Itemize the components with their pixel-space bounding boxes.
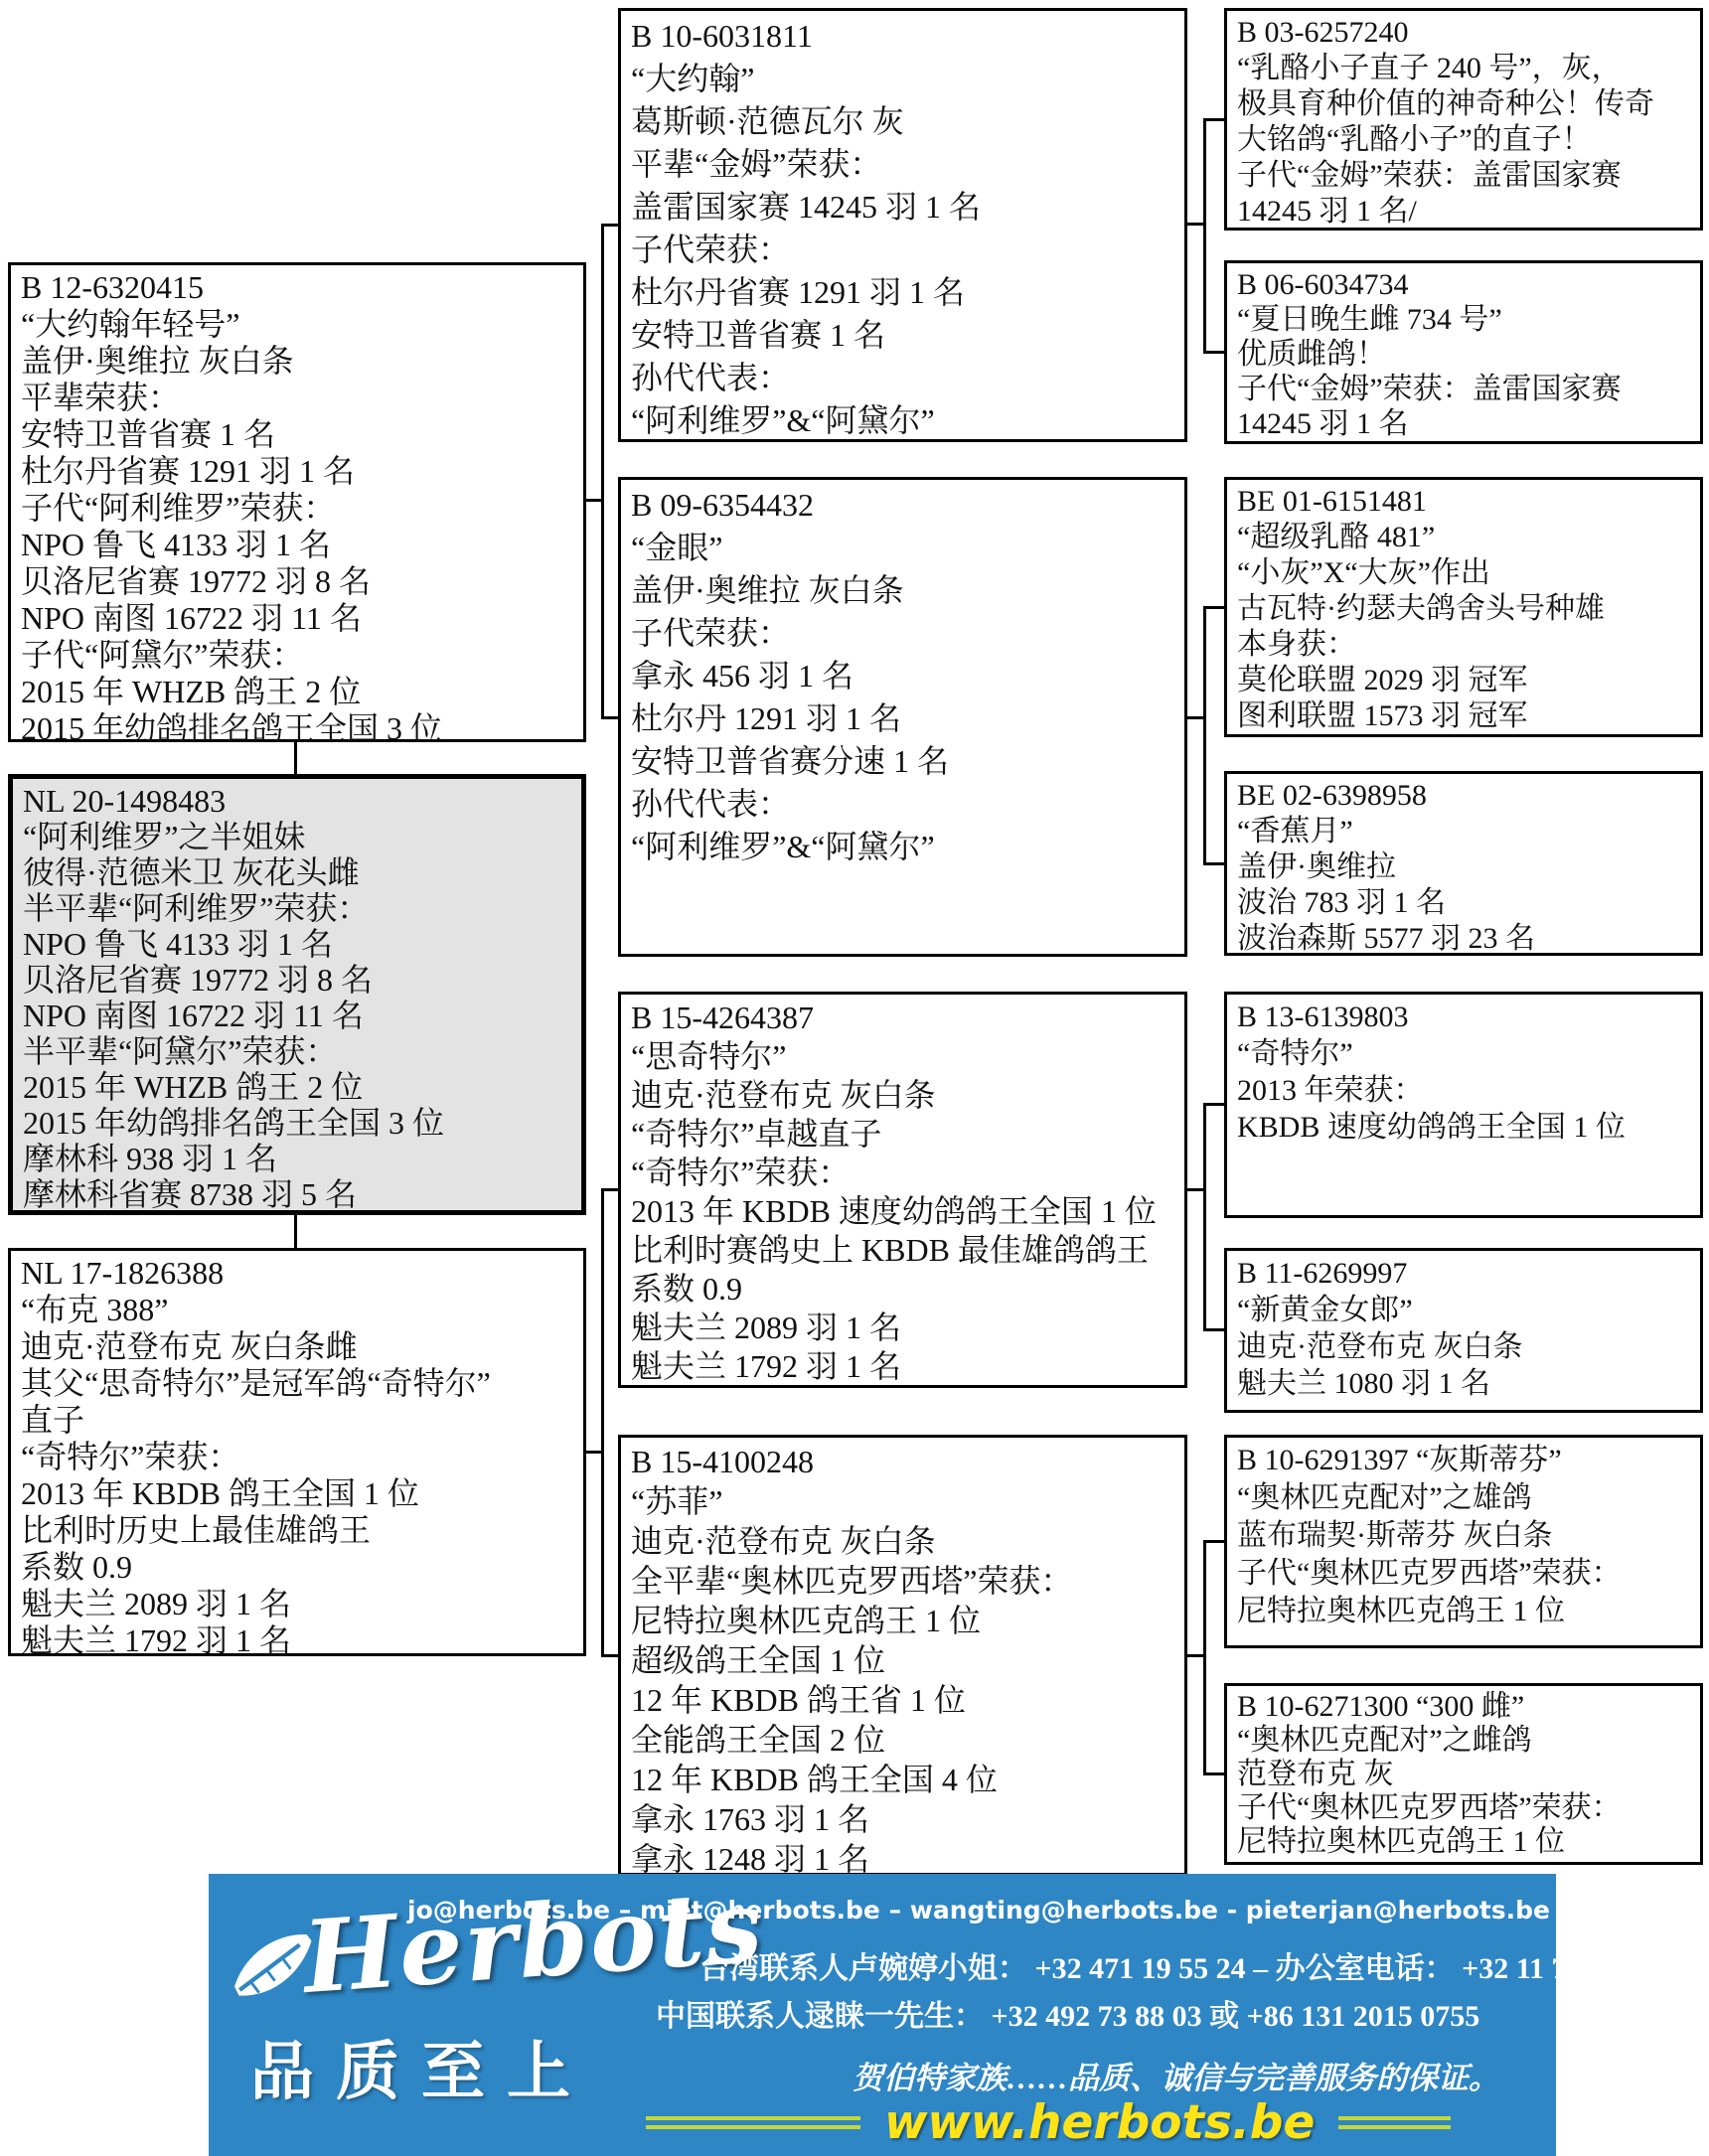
text-line: “奇特尔”荣获： xyxy=(21,1439,573,1475)
text-line: 迪克·范登布克 灰白条 xyxy=(631,1521,1174,1561)
pedigree-box-greatgrandparent-6: B 11-6269997“新黄金女郎”迪克·范登布克 灰白条魁夫兰 1080 羽… xyxy=(1224,1248,1703,1413)
connector-line xyxy=(1203,118,1206,354)
text-line: “小灰”X“大灰”作出 xyxy=(1237,555,1690,591)
text-line: “奥林匹克配对”之雌鸽 xyxy=(1237,1724,1690,1758)
text-line: 魁夫兰 1792 羽 1 名 xyxy=(631,1347,1174,1386)
footer-contact-taiwan: 台湾联系人卢婉婷小姐： +32 471 19 55 24 – 办公室电话： +3… xyxy=(699,1943,1656,1987)
connector-line xyxy=(601,716,618,719)
text-line: 尼特拉奥林匹克鸽王 1 位 xyxy=(1237,1825,1690,1859)
text-line: 魁夫兰 2089 羽 1 名 xyxy=(21,1586,573,1622)
footer-banner: Herbots 品质至上 jo@herbots.be – miet@herbot… xyxy=(209,1874,1556,2156)
pedigree-box-greatgrandparent-1: B 03-6257240“乳酪小子直子 240 号”，灰，极具育种价值的神奇种公… xyxy=(1224,8,1703,231)
text-line: B 10-6291397 “灰斯蒂芬” xyxy=(1237,1442,1690,1479)
text-line: 图利联盟 1573 羽 冠军 xyxy=(1237,698,1690,734)
text-line: 子代荣获： xyxy=(631,612,1174,655)
text-line: 2013 年荣获： xyxy=(1237,1072,1690,1109)
text-line: “超级乳酪 481” xyxy=(1237,520,1690,555)
text-line: “阿利维罗”&“阿黛尔” xyxy=(631,826,1174,868)
text-line: 魁夫兰 2089 羽 1 名 xyxy=(631,1309,1174,1347)
pedigree-box-grandparent-1: B 10-6031811“大约翰”葛斯顿·范德瓦尔 灰平辈“金姆”荣获：盖雷国家… xyxy=(618,8,1187,442)
text-line: “大约翰年轻号” xyxy=(21,306,573,343)
connector-line xyxy=(1203,606,1206,865)
text-line: 古瓦特·约瑟夫鸽舍头号种雄 xyxy=(1237,591,1690,627)
text-line: 大铭鸽“乳酪小子”的直子！ xyxy=(1237,122,1690,158)
text-line: 子代荣获： xyxy=(631,229,1174,271)
text-line: 范登布克 灰 xyxy=(1237,1758,1690,1791)
text-line: 摩林科省赛 8738 羽 5 名 xyxy=(23,1176,571,1212)
text-line: 安特卫普省赛分速 1 名 xyxy=(631,740,1174,783)
text-line: 半平辈“阿利维罗”荣获： xyxy=(23,890,571,926)
text-line: 2015 年 WHZB 鸽王 2 位 xyxy=(23,1069,571,1105)
text-line: 尼特拉奥林匹克鸽王 1 位 xyxy=(1237,1593,1690,1630)
text-line: “香蕉月” xyxy=(1237,814,1690,849)
text-line: 2013 年 KBDB 鸽王全国 1 位 xyxy=(21,1475,573,1512)
text-line: B 12-6320415 xyxy=(21,269,573,306)
text-line: B 06-6034734 xyxy=(1237,267,1690,302)
text-line: B 15-4100248 xyxy=(631,1442,1174,1481)
text-line: NPO 鲁飞 4133 羽 1 名 xyxy=(21,527,573,563)
text-line: 全能鸽王全国 2 位 xyxy=(631,1720,1174,1760)
text-line: B 09-6354432 xyxy=(631,484,1174,527)
text-line: 子代“金姆”荣获：盖雷国家赛 xyxy=(1237,372,1690,406)
text-line: “阿利维罗”之半姐妹 xyxy=(23,819,571,854)
connector-line xyxy=(1203,351,1224,354)
connector-line xyxy=(1203,1540,1206,1775)
text-line: 波治 783 羽 1 名 xyxy=(1237,885,1690,921)
text-line: 拿永 1763 羽 1 名 xyxy=(631,1799,1174,1839)
text-line: 孙代代表： xyxy=(631,783,1174,826)
text-line: 极具育种价值的神奇种公！传奇 xyxy=(1237,86,1690,122)
text-line: 平辈荣获： xyxy=(21,380,573,416)
text-line: 2015 年幼鸽排名鸽王全国 3 位 xyxy=(21,710,573,747)
text-line: 2013 年 KBDB 速度幼鸽鸽王全国 1 位 xyxy=(631,1192,1174,1231)
pedigree-box-grandparent-2: B 09-6354432“金眼”盖伊·奥维拉 灰白条子代荣获：拿永 456 羽 … xyxy=(618,477,1187,957)
text-line: NL 17-1826388 xyxy=(21,1255,573,1292)
text-line: B 10-6271300 “300 雌” xyxy=(1237,1690,1690,1724)
text-line: 14245 羽 1 名 xyxy=(1237,406,1690,441)
text-line: 优质雌鸽！ xyxy=(1237,337,1690,372)
connector-line xyxy=(601,1188,604,1657)
text-line: 彼得·范德米卫 灰花头雌 xyxy=(23,854,571,890)
text-line: 子代“奥林匹克罗西塔”荣获： xyxy=(1237,1791,1690,1825)
pedigree-box-greatgrandparent-8: B 10-6271300 “300 雌”“奥林匹克配对”之雌鸽范登布克 灰子代“… xyxy=(1224,1683,1703,1865)
text-line: “大约翰” xyxy=(631,58,1174,100)
text-line: 14245 羽 1 名/ xyxy=(1237,194,1690,230)
text-line: B 10-6031811 xyxy=(631,15,1174,58)
text-line: B 13-6139803 xyxy=(1237,999,1690,1035)
pedigree-box-dam: NL 17-1826388“布克 388”迪克·范登布克 灰白条雌其父“思奇特尔… xyxy=(8,1248,586,1656)
text-line: 安特卫普省赛 1 名 xyxy=(21,416,573,453)
text-line: 比利时赛鸽史上 KBDB 最佳雄鸽鸽王 xyxy=(631,1231,1174,1270)
connector-line xyxy=(1203,1540,1224,1543)
connector-line xyxy=(1203,1103,1206,1331)
text-line: “奥林匹克配对”之雄鸽 xyxy=(1237,1479,1690,1517)
text-line: 比利时历史上最佳雄鸽王 xyxy=(21,1512,573,1549)
connector-line xyxy=(601,224,618,227)
footer-contact-china: 中国联系人逯睐一先生： +32 492 73 88 03 或 +86 131 2… xyxy=(656,1991,1479,2035)
connector-line xyxy=(1203,1328,1224,1331)
pedigree-box-greatgrandparent-7: B 10-6291397 “灰斯蒂芬”“奥林匹克配对”之雄鸽蓝布瑞契·斯蒂芬 灰… xyxy=(1224,1435,1703,1648)
text-line: B 11-6269997 xyxy=(1237,1255,1690,1292)
text-line: 魁夫兰 1080 羽 1 名 xyxy=(1237,1365,1690,1402)
text-line: NPO 南图 16722 羽 11 名 xyxy=(21,600,573,637)
text-line: 子代“金姆”荣获：盖雷国家赛 xyxy=(1237,158,1690,194)
connector-sire-subject xyxy=(294,742,297,774)
pedigree-box-subject: NL 20-1498483“阿利维罗”之半姐妹彼得·范德米卫 灰花头雌半平辈“阿… xyxy=(8,774,586,1215)
text-line: 安特卫普省赛 1 名 xyxy=(631,314,1174,357)
text-line: “金眼” xyxy=(631,527,1174,569)
text-line: 12 年 KBDB 鸽王省 1 位 xyxy=(631,1680,1174,1720)
text-line: 其父“思奇特尔”是冠军鸽“奇特尔” xyxy=(21,1365,573,1402)
pedigree-box-grandparent-4: B 15-4100248“苏菲”迪克·范登布克 灰白条全平辈“奥林匹克罗西塔”荣… xyxy=(618,1435,1187,1876)
connector-line xyxy=(1203,606,1224,609)
divider-lines-right xyxy=(1338,2116,1451,2129)
text-line: 系数 0.9 xyxy=(631,1270,1174,1309)
text-line: 魁夫兰 1792 羽 1 名 xyxy=(21,1622,573,1659)
text-line: 迪克·范登布克 灰白条 xyxy=(631,1076,1174,1115)
connector-line xyxy=(601,1654,618,1657)
text-line: 本身获： xyxy=(1237,627,1690,663)
text-line: “奇特尔”卓越直子 xyxy=(631,1115,1174,1154)
text-line: “乳酪小子直子 240 号”，灰， xyxy=(1237,51,1690,86)
text-line: 盖伊·奥维拉 灰白条 xyxy=(21,343,573,380)
footer-family-slogan: 贺伯特家族……品质、诚信与完善服务的保证。 xyxy=(853,2053,1499,2097)
text-line: KBDB 速度幼鸽鸽王全国 1 位 xyxy=(1237,1109,1690,1146)
website-row: www.herbots.be xyxy=(646,2094,1451,2150)
connector-line xyxy=(601,224,604,719)
text-line: 超级鸽王全国 1 位 xyxy=(631,1640,1174,1680)
text-line: “思奇特尔” xyxy=(631,1037,1174,1076)
footer-emails: jo@herbots.be – miet@herbots.be – wangti… xyxy=(407,1896,1550,1925)
text-line: 葛斯顿·范德瓦尔 灰 xyxy=(631,100,1174,143)
text-line: 尼特拉奥林匹克鸽王 1 位 xyxy=(631,1601,1174,1640)
website-url: www.herbots.be xyxy=(884,2095,1315,2150)
text-line: BE 02-6398958 xyxy=(1237,778,1690,814)
text-line: 莫伦联盟 2029 羽 冠军 xyxy=(1237,663,1690,698)
text-line: 贝洛尼省赛 19772 羽 8 名 xyxy=(23,962,571,998)
pedigree-box-grandparent-3: B 15-4264387“思奇特尔”迪克·范登布克 灰白条“奇特尔”卓越直子“奇… xyxy=(618,992,1187,1388)
text-line: 全平辈“奥林匹克罗西塔”荣获： xyxy=(631,1561,1174,1601)
text-line: 平辈“金姆”荣获： xyxy=(631,143,1174,186)
text-line: 子代“奥林匹克罗西塔”荣获： xyxy=(1237,1555,1690,1593)
pedigree-box-greatgrandparent-4: BE 02-6398958“香蕉月”盖伊·奥维拉波治 783 羽 1 名波治森斯… xyxy=(1224,771,1703,956)
pedigree-page: B 12-6320415“大约翰年轻号”盖伊·奥维拉 灰白条平辈荣获：安特卫普省… xyxy=(0,0,1709,2156)
text-line: 迪克·范登布克 灰白条雌 xyxy=(21,1328,573,1365)
text-line: 迪克·范登布克 灰白条 xyxy=(1237,1328,1690,1365)
text-line: 摩林科 938 羽 1 名 xyxy=(23,1141,571,1176)
divider-lines-left xyxy=(646,2116,860,2129)
pedigree-box-greatgrandparent-3: BE 01-6151481“超级乳酪 481”“小灰”X“大灰”作出古瓦特·约瑟… xyxy=(1224,477,1703,737)
text-line: 蓝布瑞契·斯蒂芬 灰白条 xyxy=(1237,1517,1690,1555)
connector-line xyxy=(1203,118,1224,121)
connector-subject-dam xyxy=(294,1215,297,1248)
text-line: 拿永 456 羽 1 名 xyxy=(631,655,1174,697)
text-line: 波治森斯 5577 羽 23 名 xyxy=(1237,921,1690,957)
text-line: 子代“阿利维罗”荣获： xyxy=(21,490,573,527)
text-line: “阿利维罗”&“阿黛尔” xyxy=(631,399,1174,442)
text-line: BE 01-6151481 xyxy=(1237,484,1690,520)
text-line: “奇特尔”荣获： xyxy=(631,1154,1174,1192)
connector-line xyxy=(1203,862,1224,865)
text-line: 12 年 KBDB 鸽王全国 4 位 xyxy=(631,1760,1174,1799)
pedigree-box-greatgrandparent-5: B 13-6139803“奇特尔”2013 年荣获：KBDB 速度幼鸽鸽王全国 … xyxy=(1224,992,1703,1218)
text-line: NPO 鲁飞 4133 羽 1 名 xyxy=(23,926,571,962)
text-line: “苏菲” xyxy=(631,1481,1174,1521)
text-line: NL 20-1498483 xyxy=(23,783,571,819)
text-line: 2015 年 WHZB 鸽王 2 位 xyxy=(21,674,573,710)
text-line: “奇特尔” xyxy=(1237,1035,1690,1072)
text-line: B 15-4264387 xyxy=(631,999,1174,1037)
connector-line xyxy=(1203,1103,1224,1106)
text-line: “布克 388” xyxy=(21,1292,573,1328)
pedigree-box-greatgrandparent-2: B 06-6034734“夏日晚生雌 734 号”优质雌鸽！子代“金姆”荣获：盖… xyxy=(1224,260,1703,444)
text-line: NPO 南图 16722 羽 11 名 xyxy=(23,998,571,1033)
text-line: 盖雷国家赛 14245 羽 1 名 xyxy=(631,186,1174,229)
text-line: 盖伊·奥维拉 灰白条 xyxy=(631,569,1174,612)
text-line: 半平辈“阿黛尔”荣获： xyxy=(23,1033,571,1069)
text-line: “新黄金女郎” xyxy=(1237,1292,1690,1328)
text-line: B 03-6257240 xyxy=(1237,15,1690,51)
pedigree-box-sire: B 12-6320415“大约翰年轻号”盖伊·奥维拉 灰白条平辈荣获：安特卫普省… xyxy=(8,262,586,742)
text-line: 系数 0.9 xyxy=(21,1549,573,1586)
text-line: 子代“阿黛尔”荣获： xyxy=(21,637,573,674)
text-line: 杜尔丹省赛 1291 羽 1 名 xyxy=(631,271,1174,314)
connector-line xyxy=(601,1188,618,1191)
text-line: 杜尔丹 1291 羽 1 名 xyxy=(631,697,1174,740)
text-line: 盖伊·奥维拉 xyxy=(1237,849,1690,885)
text-line: 杜尔丹省赛 1291 羽 1 名 xyxy=(21,453,573,490)
brand-slogan-cn: 品质至上 xyxy=(250,2021,592,2112)
connector-line xyxy=(1203,1772,1224,1775)
text-line: 直子 xyxy=(21,1402,573,1439)
text-line: 贝洛尼省赛 19772 羽 8 名 xyxy=(21,563,573,600)
text-line: 孙代代表： xyxy=(631,357,1174,399)
text-line: 2015 年幼鸽排名鸽王全国 3 位 xyxy=(23,1105,571,1141)
text-line: “夏日晚生雌 734 号” xyxy=(1237,302,1690,337)
